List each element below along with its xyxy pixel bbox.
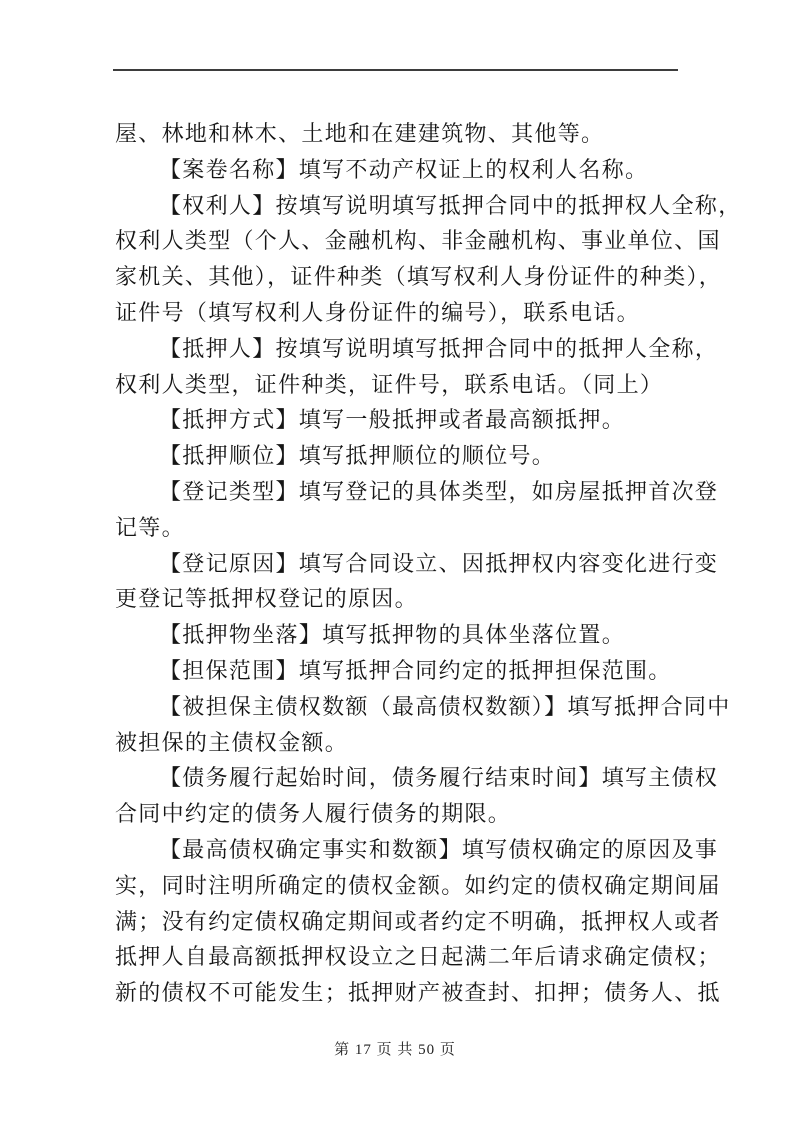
paragraph: 【案卷名称】填写不动产权证上的权利人名称。 [115, 152, 675, 188]
document-body: 屋、林地和林木、土地和在建建筑物、其他等。【案卷名称】填写不动产权证上的权利人名… [115, 116, 675, 1011]
paragraph: 【登记类型】填写登记的具体类型，如房屋抵押首次登记等。 [115, 474, 675, 546]
text-line: 【最高债权确定事实和数额】填写债权确定的原因及事 [115, 832, 675, 868]
text-line: 【抵押人】按填写说明填写抵押合同中的抵押人全称， [115, 331, 675, 367]
text-line: 【登记原因】填写合同设立、因抵押权内容变化进行变 [115, 546, 675, 582]
text-line: 【抵押物坐落】填写抵押物的具体坐落位置。 [115, 617, 675, 653]
text-line: 【抵押顺位】填写抵押顺位的顺位号。 [115, 438, 675, 474]
document-page: 屋、林地和林木、土地和在建建筑物、其他等。【案卷名称】填写不动产权证上的权利人名… [0, 0, 790, 1122]
text-line: 满；没有约定债权确定期间或者约定不明确，抵押权人或者 [115, 904, 675, 940]
page-footer: 第 17 页 共 50 页 [0, 1041, 790, 1059]
text-line: 权利人类型（个人、金融机构、非金融机构、事业单位、国 [115, 223, 675, 259]
paragraph: 【权利人】按填写说明填写抵押合同中的抵押权人全称，权利人类型（个人、金融机构、非… [115, 188, 675, 331]
paragraph: 【抵押人】按填写说明填写抵押合同中的抵押人全称，权利人类型，证件种类，证件号，联… [115, 331, 675, 403]
text-line: 【债务履行起始时间，债务履行结束时间】填写主债权 [115, 760, 675, 796]
text-line: 家机关、其他），证件种类（填写权利人身份证件的种类）， [115, 259, 675, 295]
paragraph: 【最高债权确定事实和数额】填写债权确定的原因及事实，同时注明所确定的债权金额。如… [115, 832, 675, 1011]
text-line: 权利人类型，证件种类，证件号，联系电话。（同上） [115, 367, 675, 403]
header-rule [113, 69, 678, 71]
text-line: 被担保的主债权金额。 [115, 725, 675, 761]
text-line: 证件号（填写权利人身份证件的编号），联系电话。 [115, 295, 675, 331]
paragraph: 【抵押方式】填写一般抵押或者最高额抵押。 [115, 402, 675, 438]
text-line: 记等。 [115, 510, 675, 546]
text-line: 【抵押方式】填写一般抵押或者最高额抵押。 [115, 402, 675, 438]
text-line: 合同中约定的债务人履行债务的期限。 [115, 796, 675, 832]
text-line: 抵押人自最高额抵押权设立之日起满二年后请求确定债权； [115, 939, 675, 975]
paragraph: 屋、林地和林木、土地和在建建筑物、其他等。 [115, 116, 675, 152]
text-line: 【担保范围】填写抵押合同约定的抵押担保范围。 [115, 653, 675, 689]
text-line: 新的债权不可能发生；抵押财产被查封、扣押；债务人、抵 [115, 975, 675, 1011]
text-line: 屋、林地和林木、土地和在建建筑物、其他等。 [115, 116, 675, 152]
paragraph: 【抵押顺位】填写抵押顺位的顺位号。 [115, 438, 675, 474]
text-line: 实，同时注明所确定的债权金额。如约定的债权确定期间届 [115, 868, 675, 904]
text-line: 【登记类型】填写登记的具体类型，如房屋抵押首次登 [115, 474, 675, 510]
page-number: 第 17 页 共 50 页 [334, 1042, 456, 1058]
text-line: 【权利人】按填写说明填写抵押合同中的抵押权人全称， [115, 188, 675, 224]
text-line: 【案卷名称】填写不动产权证上的权利人名称。 [115, 152, 675, 188]
paragraph: 【债务履行起始时间，债务履行结束时间】填写主债权合同中约定的债务人履行债务的期限… [115, 760, 675, 832]
text-line: 更登记等抵押权登记的原因。 [115, 581, 675, 617]
paragraph: 【被担保主债权数额（最高债权数额）】填写抵押合同中被担保的主债权金额。 [115, 689, 675, 761]
paragraph: 【担保范围】填写抵押合同约定的抵押担保范围。 [115, 653, 675, 689]
text-line: 【被担保主债权数额（最高债权数额）】填写抵押合同中 [115, 689, 675, 725]
paragraph: 【登记原因】填写合同设立、因抵押权内容变化进行变更登记等抵押权登记的原因。 [115, 546, 675, 618]
paragraph: 【抵押物坐落】填写抵押物的具体坐落位置。 [115, 617, 675, 653]
